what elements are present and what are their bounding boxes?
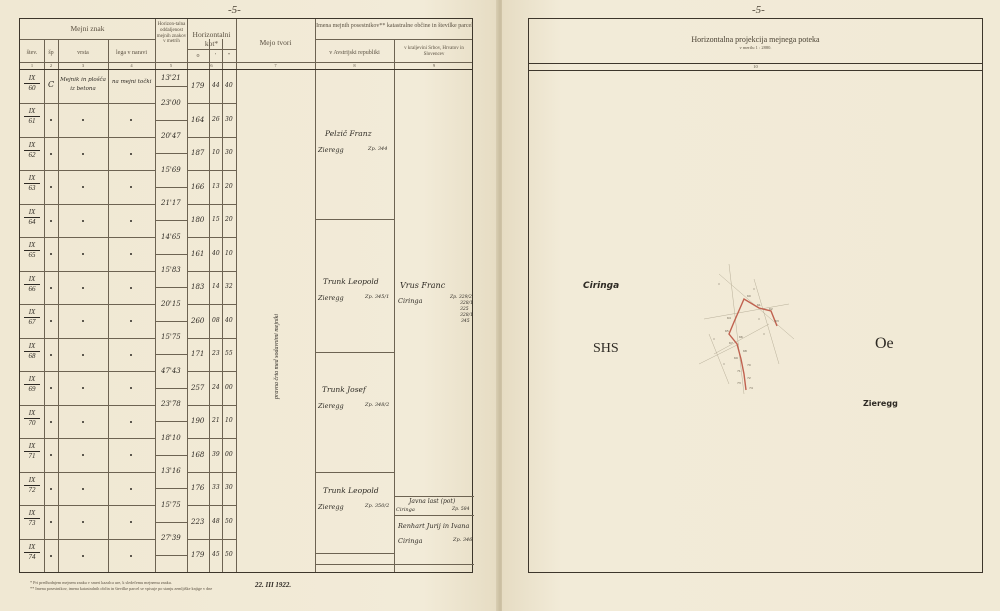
header-stev: štev.: [20, 50, 44, 57]
angle-deg: 161: [191, 250, 204, 258]
angle-sec: 30: [225, 484, 233, 491]
angle-deg: 260: [191, 317, 204, 325]
angle-min: 44: [212, 82, 220, 89]
angle-deg: 176: [191, 484, 204, 492]
angle-deg: 187: [191, 149, 204, 157]
angle-deg: 180: [191, 216, 204, 224]
owner-place: Zieregg: [318, 503, 344, 511]
svg-text:74: 74: [749, 386, 753, 390]
angle-deg: 179: [191, 82, 204, 90]
marker-number: IX65: [24, 242, 40, 259]
angle-sec: 10: [225, 250, 233, 257]
svg-text:72: 72: [747, 376, 751, 380]
marker-number: IX64: [24, 209, 40, 226]
distance-value: 13'16: [161, 467, 181, 475]
distance-value: 15'75: [161, 501, 181, 509]
svg-text:62: 62: [769, 307, 773, 311]
angle-min: 15: [212, 216, 220, 223]
angle-deg: 166: [191, 183, 204, 191]
angle-sec: 50: [225, 518, 233, 525]
angle-sec: 20: [225, 183, 233, 190]
owner-parcel: Zp. 584: [452, 507, 469, 512]
owner-parcel: Zp. 345/1: [365, 294, 389, 300]
header-distance: Horizon-talna oddaljenost mejnih znakov …: [156, 22, 187, 45]
svg-text:68: 68: [743, 349, 747, 353]
angle-min: 26: [212, 116, 220, 123]
header-shs: v kraljevini Srbov, Hrvatov in Slovencev: [394, 46, 474, 58]
colnum: 4: [108, 63, 155, 69]
owner-name: Renhart Jurij in Ivana: [398, 522, 469, 530]
owner-parcel: 328/1: [460, 313, 473, 318]
angle-sec: 40: [225, 82, 233, 89]
boundary-ledger-table: Mejni znak štev. šp vrsta lega v naravi …: [19, 18, 473, 573]
angle-sec: 40: [225, 317, 233, 324]
header-degrees: o: [187, 53, 209, 60]
marker-number: IX66: [24, 276, 40, 293]
marker-number: IX61: [24, 108, 40, 125]
angle-deg: 164: [191, 116, 204, 124]
distance-value: 20'15: [161, 300, 181, 308]
owner-name: Vrus Franc: [400, 281, 445, 290]
marker-number: IX70: [24, 410, 40, 427]
header-seconds: ": [222, 53, 236, 60]
svg-text:65: 65: [725, 329, 729, 333]
angle-min: 23: [212, 350, 220, 357]
marker-number: IX68: [24, 343, 40, 360]
owner-place: Ciringa: [398, 537, 422, 545]
colnum: 7: [236, 63, 315, 69]
angle-min: 21: [212, 417, 220, 424]
owner-place: Ciringa: [398, 297, 422, 305]
svg-text:71: 71: [737, 369, 741, 373]
owner-name: Pelzič Franz: [325, 129, 372, 138]
svg-text:67: 67: [729, 341, 733, 345]
angle-sec: 50: [225, 551, 233, 558]
owner-name: Trunk Leopold: [323, 277, 379, 286]
colnum: 8: [315, 63, 394, 69]
angle-sec: 55: [225, 350, 233, 357]
distance-value: 47'43: [161, 367, 181, 375]
header-vrsta: vrsta: [58, 50, 108, 57]
svg-text:63: 63: [775, 319, 779, 323]
distance-value: 21'17: [161, 199, 181, 207]
marker-number: IX63: [24, 175, 40, 192]
distance-value: 23'00: [161, 99, 181, 107]
colnum: 2: [44, 63, 58, 69]
owner-parcel: Zp. 329/2: [450, 295, 472, 300]
angle-min: 45: [212, 551, 220, 558]
angle-deg: 171: [191, 350, 204, 358]
angle-deg: 223: [191, 518, 204, 526]
owner-parcel: Zp. 344: [368, 146, 387, 152]
country-label-shs: SHS: [593, 341, 619, 357]
owner-place: Zieregg: [318, 294, 344, 302]
svg-text:64: 64: [727, 316, 731, 320]
header-lega: lega v naravi: [108, 50, 155, 57]
marker-number: IX62: [24, 142, 40, 159]
footnote: * Pri predhodnjem mejnem znaku v smeri k…: [30, 580, 172, 585]
angle-sec: 00: [225, 451, 233, 458]
owner-name: Trunk Leopold: [323, 486, 379, 495]
colnum: 3: [58, 63, 108, 69]
distance-value: 14'65: [161, 233, 181, 241]
signature-date: 22. III 1922.: [255, 581, 291, 589]
header-angle: Horizontalni kot*: [187, 31, 236, 48]
owner-parcel: Zp. 348/2: [365, 402, 389, 408]
boundary-map-sketch: 606162 636465 666768 697071 727374: [699, 264, 809, 394]
marker-number: IX67: [24, 309, 40, 326]
angle-sec: 30: [225, 149, 233, 156]
owner-parcel: Zp. 346: [453, 537, 472, 543]
owner-parcel: 325: [460, 307, 469, 312]
angle-deg: 183: [191, 283, 204, 291]
marker-number: IX73: [24, 510, 40, 527]
angle-sec: 30: [225, 116, 233, 123]
distance-value: 23'78: [161, 400, 181, 408]
left-page: -5- Mejni znak štev. šp vrsta lega v nar…: [0, 0, 498, 611]
angle-min: 24: [212, 384, 220, 391]
distance-value: 15'69: [161, 166, 181, 174]
angle-deg: 168: [191, 451, 204, 459]
header-sp: šp: [44, 50, 58, 57]
marker-number: IX71: [24, 443, 40, 460]
angle-deg: 190: [191, 417, 204, 425]
angle-min: 10: [212, 149, 220, 156]
colnum: 5: [155, 63, 187, 69]
header-austria: v Avstrijski republiki: [315, 50, 394, 57]
angle-sec: 00: [225, 384, 233, 391]
place-label-zieregg: Zieregg: [863, 399, 898, 408]
header-mejo-tvori: Mejo tvori: [236, 39, 315, 48]
angle-min: 40: [212, 250, 220, 257]
angle-deg: 179: [191, 551, 204, 559]
owner-name: Trunk Josef: [322, 385, 366, 394]
header-imena: Imena mejnih posestnikov** katastralne o…: [315, 23, 474, 30]
distance-value: 27'39: [161, 534, 181, 542]
marker-type: Mejnik in plošča iz betona: [60, 76, 106, 94]
angle-sec: 10: [225, 417, 233, 424]
boundary-projection-sheet: Horizontalna projekcija mejnega poteka v…: [528, 18, 983, 573]
page-number: -5-: [228, 4, 241, 16]
owner-place: Zieregg: [318, 146, 344, 154]
distance-value: 15'83: [161, 266, 181, 274]
angle-min: 48: [212, 518, 220, 525]
footnote: ** Imena posestnikov, imena katastralnih…: [30, 586, 212, 591]
svg-text:70: 70: [747, 363, 751, 367]
page-number: -5-: [752, 4, 765, 16]
marker-number: IX74: [24, 544, 40, 561]
boundary-formed-by-note: pravna črta med sodavnimi mejniki: [274, 314, 280, 399]
distance-value: 20'47: [161, 132, 181, 140]
marker-number: IX60: [24, 75, 40, 92]
marker-sp: C: [48, 80, 54, 89]
angle-deg: 257: [191, 384, 204, 392]
svg-text:60: 60: [747, 294, 751, 298]
angle-min: 33: [212, 484, 220, 491]
distance-value: 15'75: [161, 333, 181, 341]
colnum: 6: [187, 63, 236, 69]
angle-min: 39: [212, 451, 220, 458]
sheet-title: Horizontalna projekcija mejnega poteka: [529, 35, 982, 44]
svg-text:61: 61: [757, 303, 761, 307]
column-number: 10: [529, 64, 982, 69]
colnum: 9: [394, 63, 474, 69]
distance-value: 13'21: [161, 74, 181, 82]
angle-sec: 20: [225, 216, 233, 223]
marker-location: na mejni točki: [112, 79, 152, 85]
svg-text:66: 66: [739, 335, 743, 339]
header-mejni-znak: Mejni znak: [20, 25, 155, 34]
country-label-oe: Oe: [875, 335, 894, 353]
colnum: 1: [20, 63, 44, 69]
svg-text:69: 69: [734, 356, 738, 360]
place-label-ciringa: Ciringa: [583, 281, 619, 291]
owner-parcel: 345: [461, 319, 470, 324]
angle-min: 13: [212, 183, 220, 190]
angle-min: 14: [212, 283, 220, 290]
owner-name: Javna last (pot): [409, 498, 455, 505]
sheet-scale: v merilu 1 : 2880.: [529, 45, 982, 50]
distance-value: 18'10: [161, 434, 181, 442]
angle-min: 08: [212, 317, 220, 324]
marker-number: IX72: [24, 477, 40, 494]
angle-sec: 32: [225, 283, 233, 290]
owner-place: Ciringa: [396, 507, 415, 513]
svg-text:73: 73: [737, 381, 741, 385]
header-minutes: ': [209, 53, 222, 60]
owner-parcel: 328/1: [460, 301, 473, 306]
marker-number: IX69: [24, 376, 40, 393]
owner-place: Zieregg: [318, 402, 344, 410]
owner-parcel: Zp. 350/2: [365, 503, 389, 509]
